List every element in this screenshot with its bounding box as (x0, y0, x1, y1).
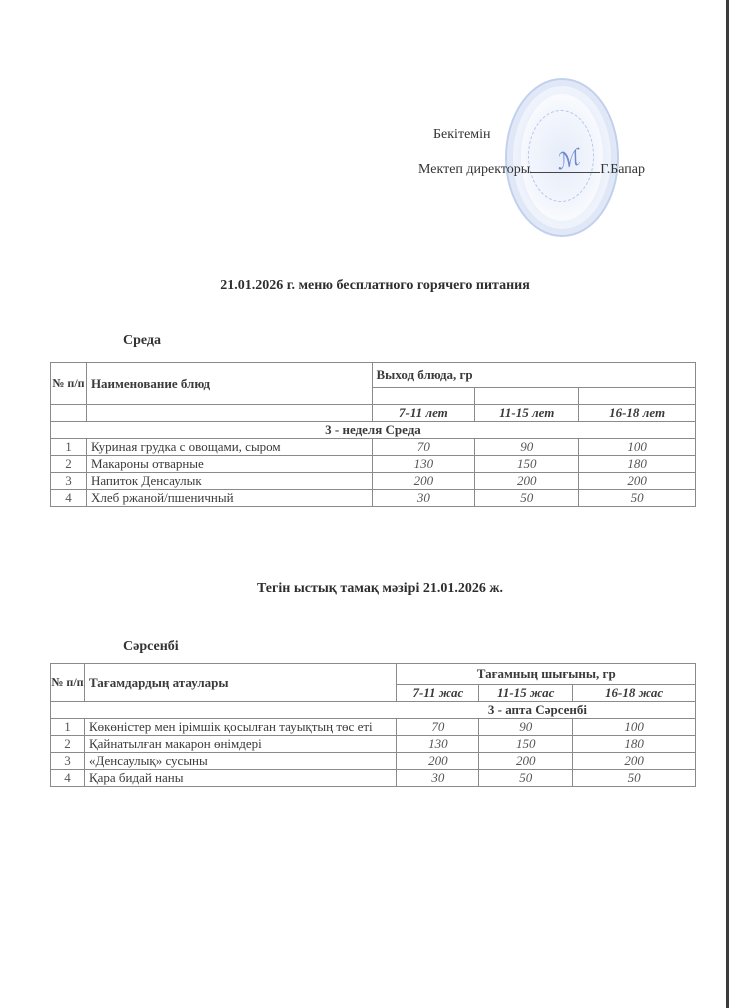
menu-kz-day: Сәрсенбі (123, 639, 179, 655)
row-num: 3 (51, 753, 85, 770)
table-row: 3 «Денсаулық» сусыны 200 200 200 (51, 753, 696, 770)
header-age-3: 16-18 жас (573, 685, 696, 702)
portion-value: 200 (579, 473, 696, 490)
dish-name: Напиток Денсаулык (86, 473, 372, 490)
menu-ru-table: № п/п Наименование блюд Выход блюда, гр … (50, 362, 696, 507)
header-dish-name: Наименование блюд (86, 363, 372, 405)
header-dish-name: Тағамдардың атаулары (84, 664, 396, 702)
approval-label: Бекітемін (433, 127, 491, 143)
menu-ru-day: Среда (123, 333, 161, 349)
dish-name: Хлеб ржаной/пшеничный (86, 490, 372, 507)
row-num: 3 (51, 473, 87, 490)
row-num: 4 (51, 770, 85, 787)
portion-value: 200 (372, 473, 475, 490)
portion-value: 200 (479, 753, 573, 770)
portion-value: 70 (372, 439, 475, 456)
row-num: 2 (51, 736, 85, 753)
scan-edge-line (726, 0, 729, 1008)
row-num: 1 (51, 439, 87, 456)
table-row: 1 Көкөністер мен ірімшік қосылған тауықт… (51, 719, 696, 736)
header-num: № п/п (51, 664, 85, 702)
dish-name: Көкөністер мен ірімшік қосылған тауықтың… (84, 719, 396, 736)
header-age-3: 16-18 лет (579, 405, 696, 422)
header-output: Выход блюда, гр (372, 363, 696, 388)
portion-value: 180 (573, 736, 696, 753)
portion-value: 200 (397, 753, 479, 770)
portion-value: 30 (372, 490, 475, 507)
menu-ru-title: 21.01.2026 г. меню бесплатного горячего … (0, 278, 732, 294)
portion-value: 30 (397, 770, 479, 787)
portion-value: 50 (475, 490, 579, 507)
dish-name: «Денсаулық» сусыны (84, 753, 396, 770)
table-row: 2 Қайнатылған макарон өнімдері 130 150 1… (51, 736, 696, 753)
header-age-1: 7-11 лет (372, 405, 475, 422)
empty-cell (86, 405, 372, 422)
table-row: 4 Қара бидай наны 30 50 50 (51, 770, 696, 787)
director-line: Мектеп директорыГ.Бапар (418, 160, 645, 178)
row-num: 4 (51, 490, 87, 507)
header-age-1: 7-11 жас (397, 685, 479, 702)
empty-cell (475, 388, 579, 405)
portion-value: 200 (573, 753, 696, 770)
portion-value: 150 (475, 456, 579, 473)
menu-kz-title: Тегін ыстық тамақ мәзірі 21.01.2026 ж. (0, 581, 732, 597)
dish-name: Куриная грудка с овощами, сыром (86, 439, 372, 456)
director-label: Мектеп директоры (418, 162, 530, 177)
table-row: 4 Хлеб ржаной/пшеничный 30 50 50 (51, 490, 696, 507)
portion-value: 180 (579, 456, 696, 473)
row-num: 2 (51, 456, 87, 473)
week-row: 3 - апта Сәрсенбі (51, 702, 696, 719)
portion-value: 90 (475, 439, 579, 456)
week-row: 3 - неделя Среда (51, 422, 696, 439)
director-name: Г.Бапар (600, 162, 645, 177)
empty-cell (372, 388, 475, 405)
table-row: 1 Куриная грудка с овощами, сыром 70 90 … (51, 439, 696, 456)
portion-value: 90 (479, 719, 573, 736)
menu-kz-table: № п/п Тағамдардың атаулары Тағамның шығы… (50, 663, 696, 787)
dish-name: Макароны отварные (86, 456, 372, 473)
portion-value: 50 (479, 770, 573, 787)
table-row: 2 Макароны отварные 130 150 180 (51, 456, 696, 473)
header-output: Тағамның шығыны, гр (397, 664, 696, 685)
header-num: № п/п (51, 363, 87, 405)
portion-value: 70 (397, 719, 479, 736)
table-row: 3 Напиток Денсаулык 200 200 200 (51, 473, 696, 490)
empty-cell (579, 388, 696, 405)
header-age-2: 11-15 лет (475, 405, 579, 422)
portion-value: 130 (372, 456, 475, 473)
portion-value: 50 (573, 770, 696, 787)
row-num: 1 (51, 719, 85, 736)
portion-value: 130 (397, 736, 479, 753)
dish-name: Қара бидай наны (84, 770, 396, 787)
portion-value: 200 (475, 473, 579, 490)
portion-value: 100 (573, 719, 696, 736)
portion-value: 150 (479, 736, 573, 753)
empty-cell (51, 405, 87, 422)
portion-value: 100 (579, 439, 696, 456)
header-age-2: 11-15 жас (479, 685, 573, 702)
dish-name: Қайнатылған макарон өнімдері (84, 736, 396, 753)
portion-value: 50 (579, 490, 696, 507)
